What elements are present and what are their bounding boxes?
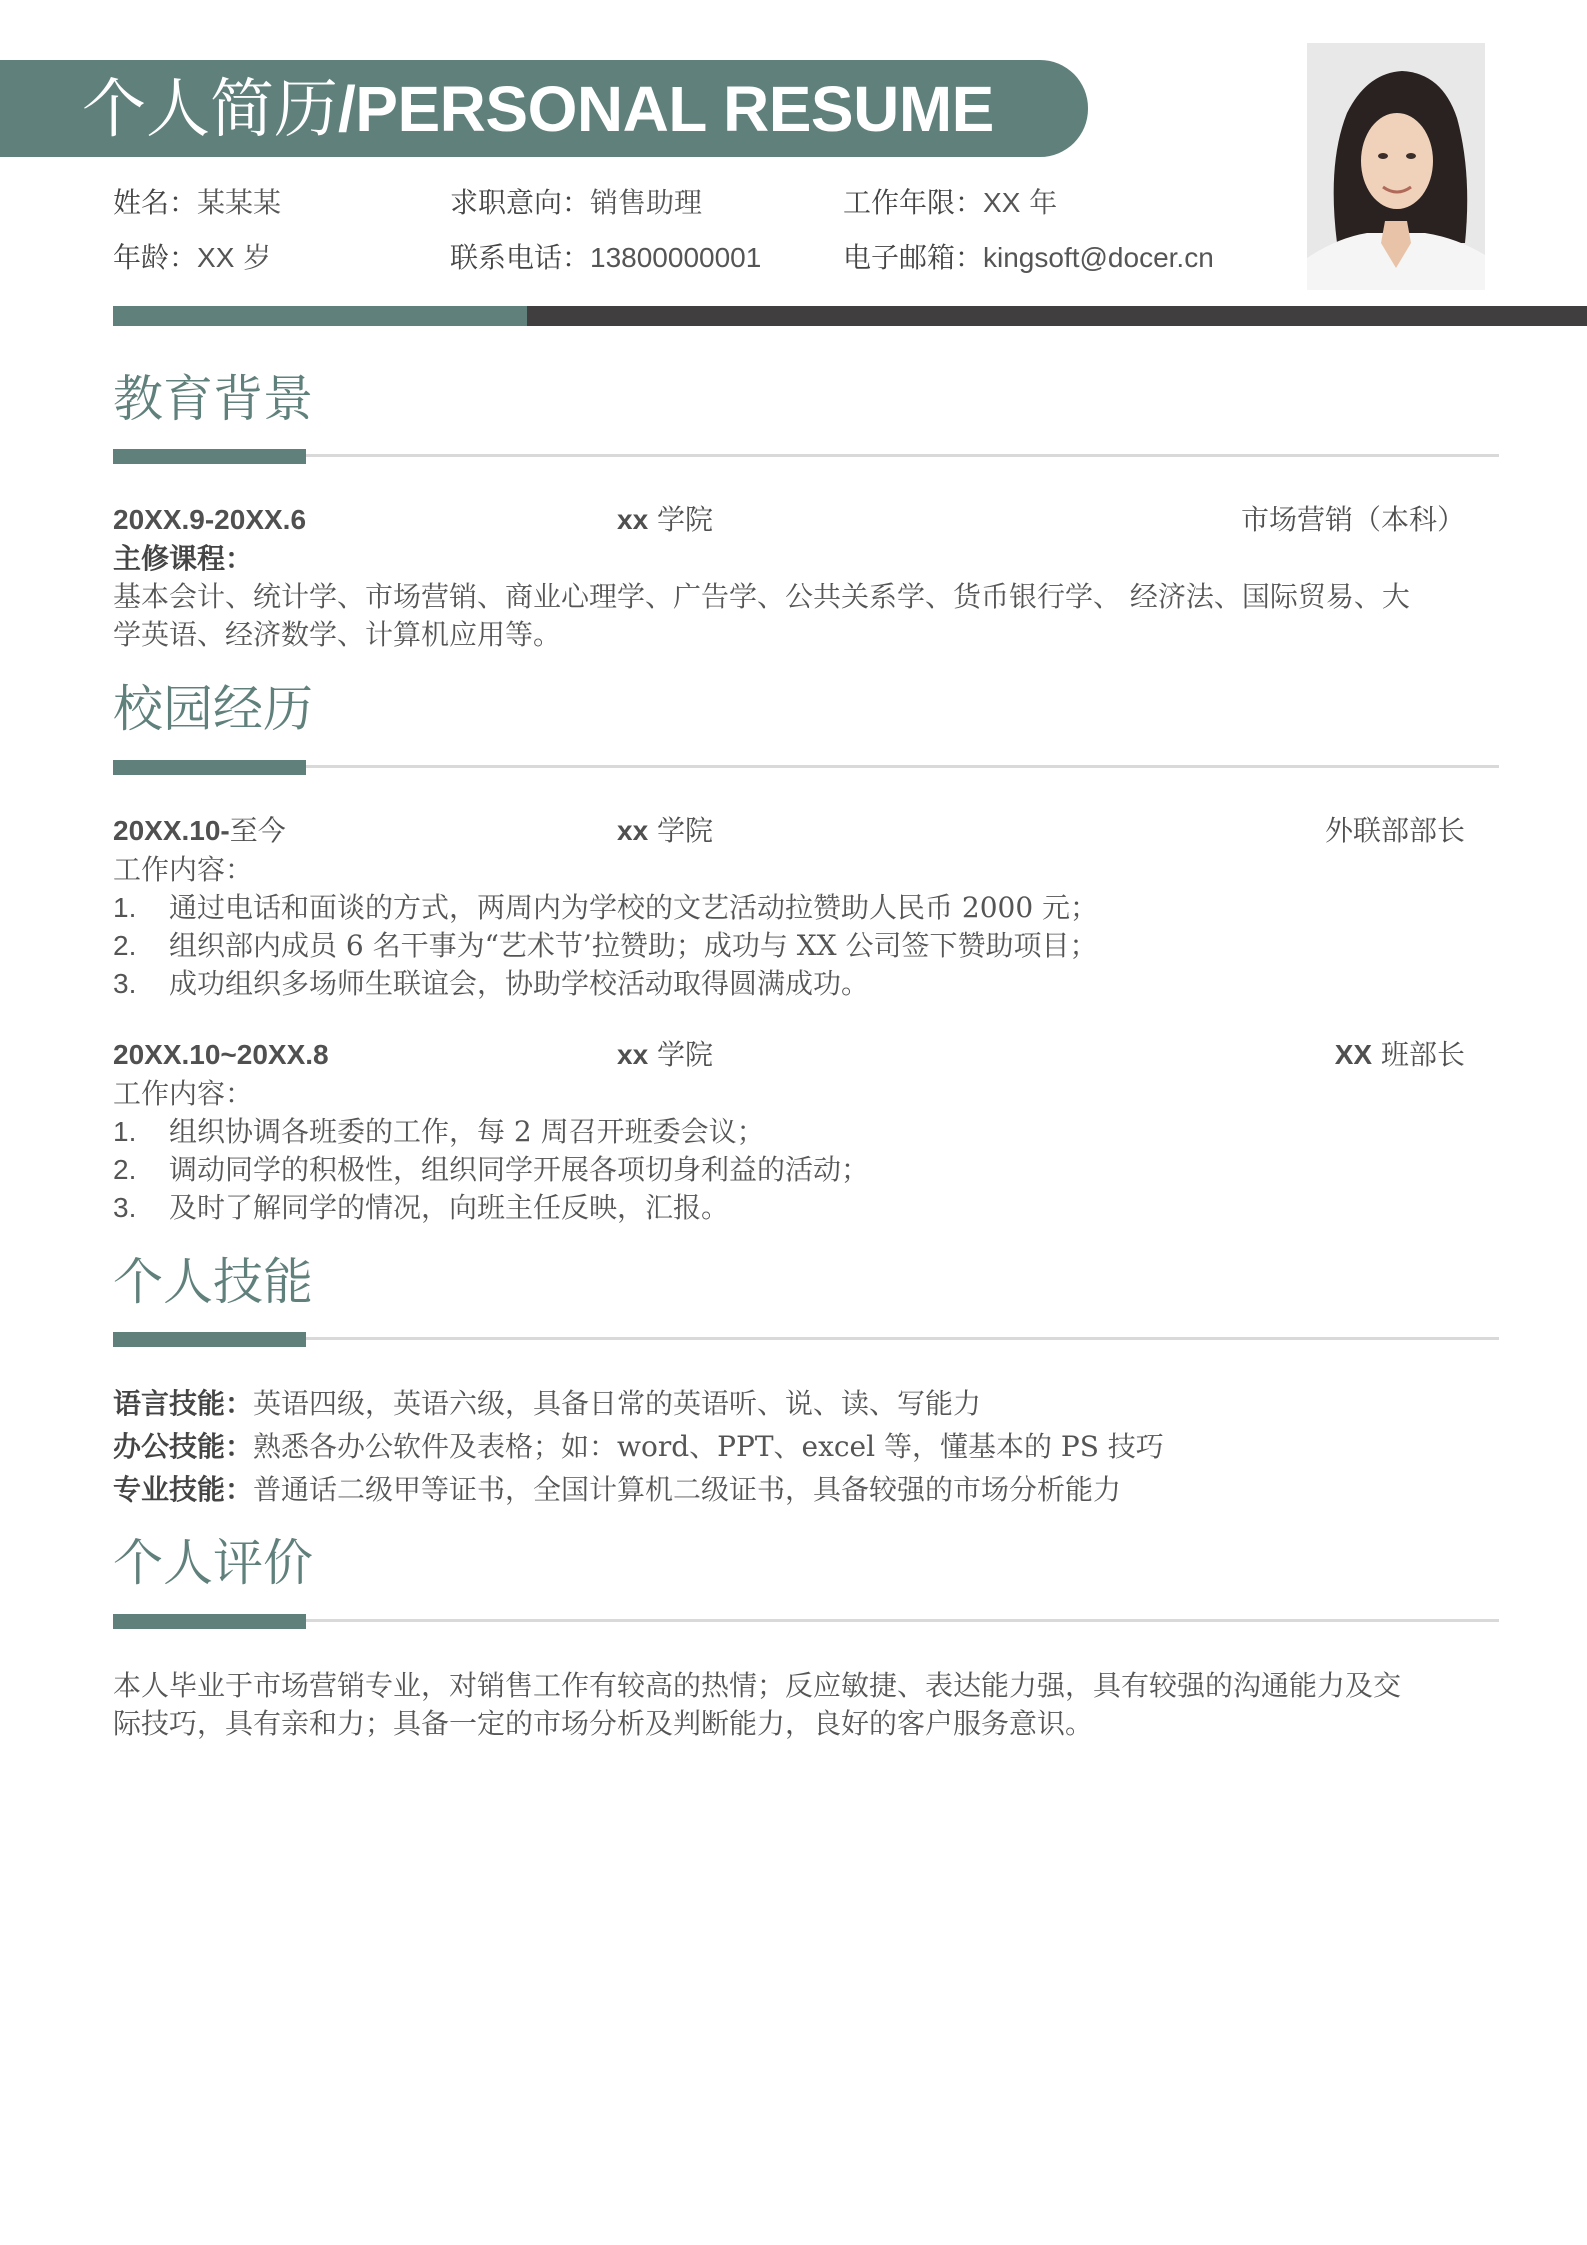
portrait-icon xyxy=(1307,43,1485,290)
courses-line-1: 基本会计、统计学、市场营销、商业心理学、广告学、公共关系学、货币银行学、 经济法… xyxy=(113,578,1410,616)
info-job-intent: 求职意向：销售助理 xyxy=(450,186,702,220)
section-rule-gray xyxy=(306,1337,1499,1340)
section-rule-gray xyxy=(306,765,1499,768)
campus-entry-2-role: XX 班部长 xyxy=(1335,1037,1465,1073)
age-label: 年龄： xyxy=(113,241,197,274)
list-item: 3.及时了解同学的情况，向班主任反映，汇报。 xyxy=(113,1189,729,1227)
education-date: 20XX.9-20XX.6 xyxy=(113,502,306,538)
campus-entry-1-school: xx 学院 xyxy=(617,813,713,849)
name-label: 姓名： xyxy=(113,186,197,219)
list-item: 2.组织部内成员 6 名干事为“艺术节’拉赞助；成功与 XX 公司签下赞助项目； xyxy=(113,927,1098,965)
section-rule-accent xyxy=(113,760,306,775)
skill-professional: 专业技能：普通话二级甲等证书，全国计算机二级证书，具备较强的市场分析能力 xyxy=(113,1471,1121,1509)
campus-entry-2-header: 20XX.10~20XX.8 xx 学院 XX 班部长 xyxy=(113,1037,1465,1073)
info-email: 电子邮箱：kingsoft@docer.cn xyxy=(843,241,1214,275)
section-title-evaluation: 个人评价 xyxy=(113,1535,313,1591)
section-rule-gray xyxy=(306,454,1499,457)
courses-label: 主修课程： xyxy=(113,540,253,578)
education-major: 市场营销（本科） xyxy=(1241,502,1465,538)
list-item: 1.组织协调各班委的工作，每 2 周召开班委会议； xyxy=(113,1113,765,1151)
years-label: 工作年限： xyxy=(843,186,983,219)
page-title: 个人简历/PERSONAL RESUME xyxy=(82,74,994,145)
info-age: 年龄：XX 岁 xyxy=(113,241,271,275)
header-bar-accent xyxy=(113,306,527,326)
email-value: kingsoft@docer.cn xyxy=(983,242,1214,273)
info-name: 姓名：某某某 xyxy=(113,186,281,220)
section-title-campus: 校园经历 xyxy=(113,681,313,737)
campus-entry-1-role: 外联部部长 xyxy=(1325,813,1465,849)
years-value: XX xyxy=(983,187,1020,218)
campus-entry-1-date: 20XX.10-至今 xyxy=(113,813,286,849)
campus-entry-2-school: xx 学院 xyxy=(617,1037,713,1073)
list-item: 1.通过电话和面谈的方式，两周内为学校的文艺活动拉赞助人民币 2000 元； xyxy=(113,889,1098,927)
info-phone: 联系电话：13800000001 xyxy=(450,241,761,275)
name-value: 某某某 xyxy=(197,186,281,219)
education-school: xx 学院 xyxy=(617,502,713,538)
header-bar-dark xyxy=(527,306,1587,326)
age-unit: 岁 xyxy=(234,241,271,274)
skill-language: 语言技能：英语四级，英语六级，具备日常的英语听、说、读、写能力 xyxy=(113,1385,981,1423)
list-item: 3.成功组织多场师生联谊会，协助学校活动取得圆满成功。 xyxy=(113,965,869,1003)
phone-value: 13800000001 xyxy=(590,242,761,273)
section-rule-accent xyxy=(113,449,306,464)
section-title-skills: 个人技能 xyxy=(113,1254,313,1310)
list-item: 2.调动同学的积极性，组织同学开展各项切身利益的活动； xyxy=(113,1151,869,1189)
campus-entry-2-content-label: 工作内容： xyxy=(113,1075,253,1113)
skill-office: 办公技能：熟悉各办公软件及表格；如：word、PPT、excel 等，懂基本的 … xyxy=(113,1428,1164,1466)
campus-entry-2-date: 20XX.10~20XX.8 xyxy=(113,1037,329,1073)
job-value: 销售助理 xyxy=(590,186,702,219)
education-entry-header: 20XX.9-20XX.6 xx 学院 市场营销（本科） xyxy=(113,502,1465,538)
campus-entry-1-header: 20XX.10-至今 xx 学院 外联部部长 xyxy=(113,813,1465,849)
campus-entry-1-content-label: 工作内容： xyxy=(113,851,253,889)
section-title-education: 教育背景 xyxy=(113,371,313,427)
profile-photo xyxy=(1307,43,1485,290)
section-rule-accent xyxy=(113,1332,306,1347)
title-en: /PERSONAL RESUME xyxy=(338,73,994,145)
evaluation-line-1: 本人毕业于市场营销专业，对销售工作有较高的热情；反应敏捷、表达能力强，具有较强的… xyxy=(113,1667,1401,1705)
years-unit: 年 xyxy=(1020,186,1057,219)
job-label: 求职意向： xyxy=(450,186,590,219)
age-value: XX xyxy=(197,242,234,273)
section-rule-accent xyxy=(113,1614,306,1629)
section-rule-gray xyxy=(306,1619,1499,1622)
email-label: 电子邮箱： xyxy=(843,241,983,274)
phone-label: 联系电话： xyxy=(450,241,590,274)
courses-line-2: 学英语、经济数学、计算机应用等。 xyxy=(113,616,561,654)
evaluation-line-2: 际技巧，具有亲和力；具备一定的市场分析及判断能力，良好的客户服务意识。 xyxy=(113,1705,1093,1743)
title-cn: 个人简历 xyxy=(82,73,338,147)
info-work-years: 工作年限：XX 年 xyxy=(843,186,1057,220)
